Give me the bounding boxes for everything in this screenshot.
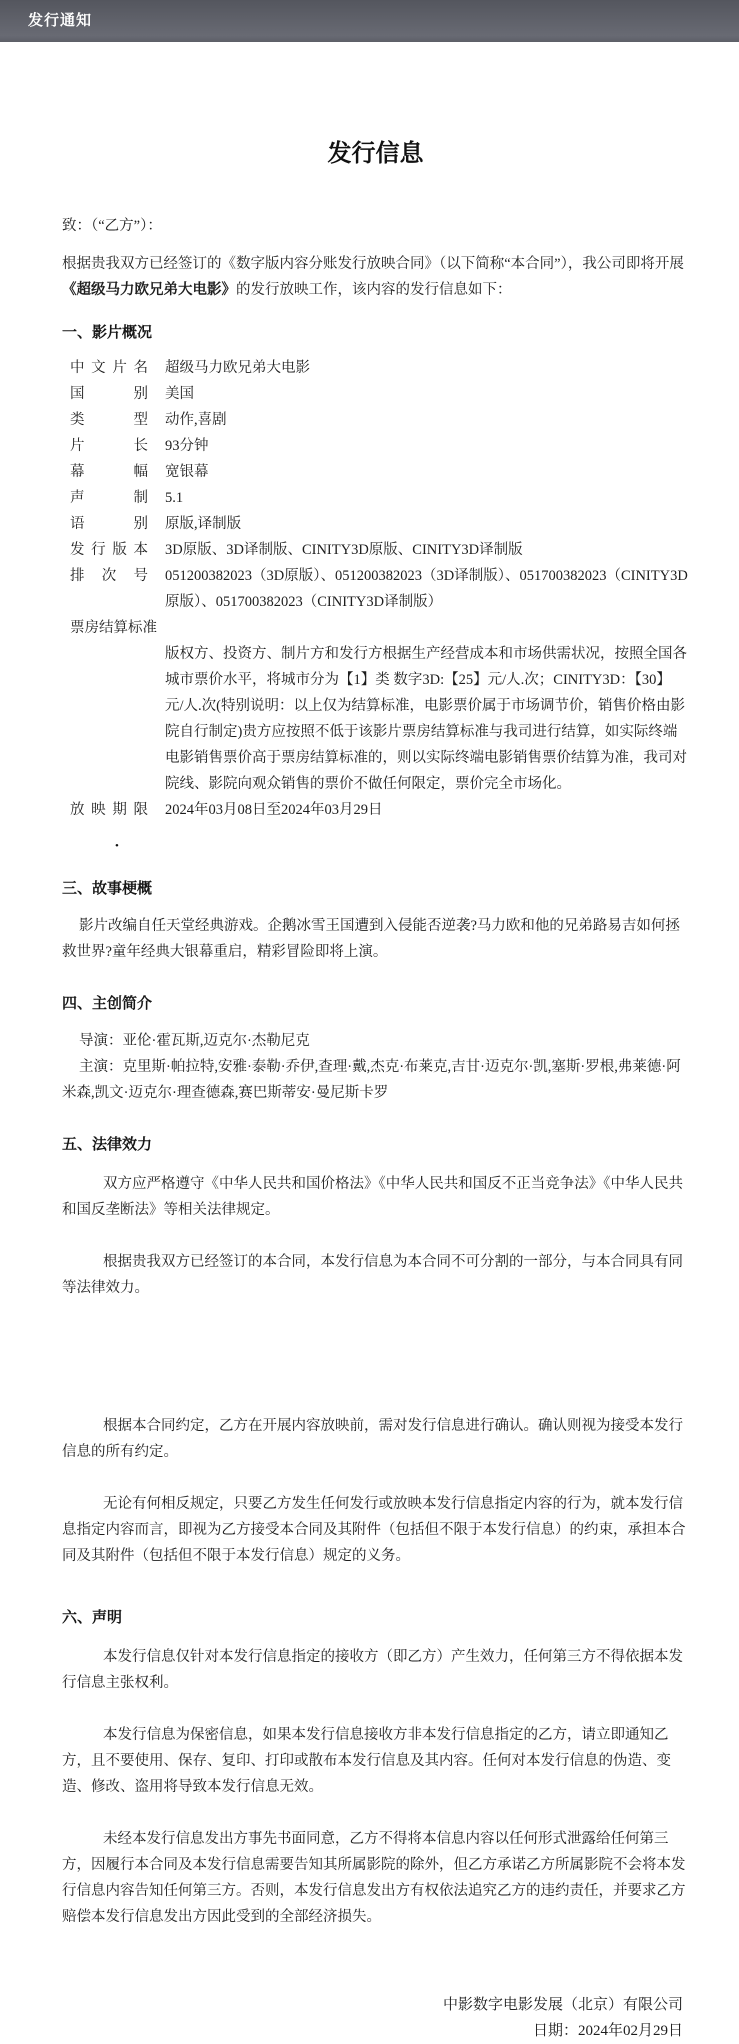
- window-titlebar: 发行通知: [0, 0, 739, 42]
- row-label: 类型: [70, 407, 148, 433]
- row-value: 超级马力欧兄弟大电影: [165, 355, 689, 381]
- row-value: 5.1: [165, 485, 689, 511]
- page-title: 发行信息: [62, 139, 689, 169]
- section-1-heading: 一、影片概况: [62, 320, 689, 346]
- table-row: 片长 93分钟: [70, 433, 689, 459]
- synopsis-paragraph: 影片改编自任天堂经典游戏。企鹅冰雪王国遭到入侵能否逆袭?马力欧和他的兄弟路易吉如…: [62, 913, 689, 965]
- row-value: 原版,译制版: [165, 511, 689, 537]
- row-label: 排次号: [70, 563, 148, 615]
- statement-paragraph: 本发行信息仅针对本发行信息指定的接收方（即乙方）产生效力，任何第三方不得依据本发…: [62, 1644, 689, 1696]
- table-row: 幕幅 宽银幕: [70, 459, 689, 485]
- row-label: 幕幅: [70, 459, 148, 485]
- statement-paragraph: 本发行信息为保密信息，如果本发行信息接收方非本发行信息指定的乙方，请立即通知乙方…: [62, 1722, 689, 1800]
- row-label: 声制: [70, 485, 148, 511]
- settlement-standard-label: 票房结算标准: [70, 615, 689, 641]
- row-value: 051200382023（3D原版）、051200382023（3D译制版）、0…: [165, 563, 689, 615]
- table-row: 语别 原版,译制版: [70, 511, 689, 537]
- signature-block: 中影数字电影发展（北京）有限公司 日期：2024年02月29日: [62, 1992, 689, 2044]
- row-value: 动作,喜剧: [165, 407, 689, 433]
- row-value: 美国: [165, 381, 689, 407]
- table-row: 排次号 051200382023（3D原版）、051200382023（3D译制…: [70, 563, 689, 615]
- titlebar-title: 发行通知: [28, 8, 92, 34]
- legal-paragraph: 根据贵我双方已经签订的本合同，本发行信息为本合同不可分割的一部分，与本合同具有同…: [62, 1249, 689, 1301]
- table-row: 声制 5.1: [70, 485, 689, 511]
- legal-paragraph: 根据本合同约定，乙方在开展内容放映前，需对发行信息进行确认。确认则视为接受本发行…: [62, 1413, 689, 1465]
- intro-paragraph: 根据贵我双方已经签订的《数字版内容分账发行放映合同》（以下简称“本合同”），我公…: [62, 251, 689, 303]
- section-4-heading: 四、主创简介: [62, 991, 689, 1017]
- section-6-heading: 六、声明: [62, 1605, 689, 1631]
- table-row: 发行版本 3D原版、3D译制版、CINITY3D原版、CINITY3D译制版: [70, 537, 689, 563]
- film-info-table: 中文片名 超级马力欧兄弟大电影 国别 美国 类型 动作,喜剧 片长 93分钟 幕…: [62, 355, 689, 823]
- statement-paragraph: 未经本发行信息发出方事先书面同意，乙方不得将本信息内容以任何形式泄露给任何第三方…: [62, 1826, 689, 1930]
- table-row: 国别 美国: [70, 381, 689, 407]
- legal-paragraph: 无论有何相反规定，只要乙方发生任何发行或放映本发行信息指定内容的行为，就本发行信…: [62, 1491, 689, 1569]
- director-line: 导演：亚伦·霍瓦斯,迈克尔·杰勒尼克: [62, 1028, 689, 1054]
- document-body: 发行信息 致：（“乙方”）： 根据贵我双方已经签订的《数字版内容分账发行放映合同…: [0, 139, 739, 2044]
- cast-line: 主演：克里斯·帕拉特,安雅·泰勒·乔伊,查理·戴,杰克·布莱克,吉甘·迈克尔·凯…: [62, 1054, 689, 1106]
- issue-date: 日期：2024年02月29日: [62, 2018, 683, 2044]
- legal-paragraph: 双方应严格遵守《中华人民共和国价格法》《中华人民共和国反不正当竞争法》《中华人民…: [62, 1171, 689, 1223]
- film-title: 《超级马力欧兄弟大电影》: [62, 282, 236, 298]
- row-label: 中文片名: [70, 355, 148, 381]
- section-5-heading: 五、法律效力: [62, 1132, 689, 1158]
- row-label: 国别: [70, 381, 148, 407]
- company-name: 中影数字电影发展（北京）有限公司: [62, 1992, 683, 2018]
- row-value: 93分钟: [165, 433, 689, 459]
- row-label: 发行版本: [70, 537, 148, 563]
- intro-after: 的发行放映工作，该内容的发行信息如下：: [236, 282, 512, 298]
- row-value: 3D原版、3D译制版、CINITY3D原版、CINITY3D译制版: [165, 537, 689, 563]
- stray-bullet: •: [115, 839, 689, 853]
- row-label: 放映期限: [70, 797, 148, 823]
- salutation: 致：（“乙方”）：: [62, 213, 689, 239]
- row-value: 宽银幕: [165, 459, 689, 485]
- row-label: 片长: [70, 433, 148, 459]
- intro-before: 根据贵我双方已经签订的《数字版内容分账发行放映合同》（以下简称“本合同”），我公…: [62, 256, 684, 272]
- credits-block: 导演：亚伦·霍瓦斯,迈克尔·杰勒尼克 主演：克里斯·帕拉特,安雅·泰勒·乔伊,查…: [62, 1028, 689, 1106]
- table-row: 类型 动作,喜剧: [70, 407, 689, 433]
- table-row: 中文片名 超级马力欧兄弟大电影: [70, 355, 689, 381]
- row-label: 语别: [70, 511, 148, 537]
- settlement-standard-text: 版权方、投资方、制片方和发行方根据生产经营成本和市场供需状况，按照全国各城市票价…: [165, 641, 689, 797]
- section-3-heading: 三、故事梗概: [62, 876, 689, 902]
- table-row: 放映期限 2024年03月08日至2024年03月29日: [70, 797, 689, 823]
- row-value: 2024年03月08日至2024年03月29日: [165, 797, 689, 823]
